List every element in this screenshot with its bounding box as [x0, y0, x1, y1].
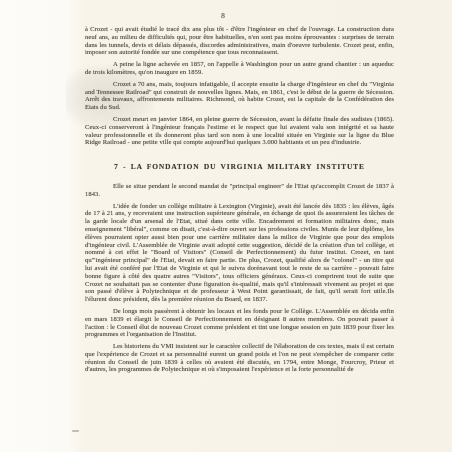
text-column: à Crozet - qui avait étudié le tracé dix…	[85, 26, 394, 378]
section-heading: 7 - LA FONDATION DU VIRGINIA MILITARY IN…	[87, 163, 392, 171]
paragraph: à Crozet - qui avait étudié le tracé dix…	[85, 26, 394, 57]
page-number: 8	[216, 11, 230, 20]
paragraph: Crozet meurt en janvier 1864, en pleine …	[85, 116, 394, 147]
paragraph: L'idée de fonder un collège militaire à …	[85, 203, 394, 304]
paragraph: Crozet a 70 ans, mais, toujours infatiga…	[85, 81, 394, 112]
paragraph: De longs mois passèrent à obtenir les lo…	[85, 308, 394, 339]
paragraph: A peine la ligne achevée en 1857, on l'a…	[85, 61, 394, 77]
paragraph: Elle se situe pendant le second mandat d…	[85, 183, 394, 199]
paragraph: Les historiens du VMI insistent sur le c…	[85, 343, 394, 374]
scanned-page: 8 à Crozet - qui avait étudié le tracé d…	[0, 0, 452, 452]
margin-mark-artifact	[72, 430, 79, 432]
